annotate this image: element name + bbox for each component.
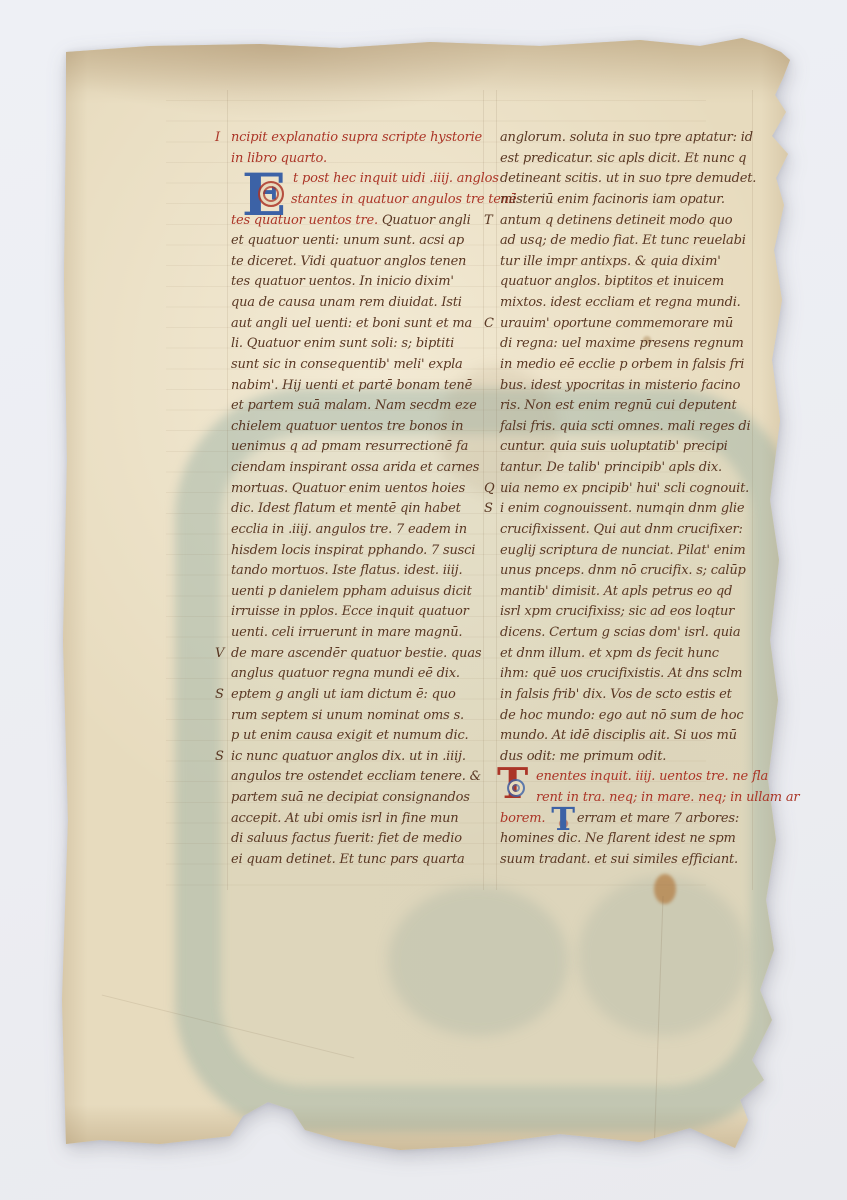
text-segment: di regna: uel maxime presens regnum [500, 336, 744, 351]
text-segment: mantib' dimisit. At apls petrus eo qd [500, 584, 732, 599]
text-segment: rum septem si unum nominat oms s. [231, 708, 464, 723]
text-segment: ciendam inspirant ossa arida et carnes [231, 460, 479, 475]
showthrough-figure [388, 886, 568, 1036]
text-line: te diceret. Vidi quatuor anglos tenen [231, 252, 489, 273]
text-line: homines dic. Ne flarent idest ne spm [500, 829, 758, 850]
text-segment: ei quam detinet. Et tunc pars quarta [231, 852, 465, 867]
text-line: Quia nemo ex pncipib' hui' scli cognouit… [500, 479, 758, 500]
text-line: dicens. Certum g scias dom' isrl. quia [500, 623, 758, 644]
photo-background: Incipit explanatio supra scripte hystori… [0, 0, 847, 1200]
text-line: uenti p danielem ppham aduisus dicit [231, 582, 489, 603]
text-line: uenti. celi irruerunt in mare magnū. [231, 623, 489, 644]
text-line: quatuor anglos. biptitos et inuicem [500, 272, 758, 293]
text-line: crucifixissent. Qui aut dnm crucifixer: [500, 520, 758, 541]
text-segment: ic nunc quatuor anglos dix. ut in .iiij. [231, 749, 466, 764]
text-line: in falsis frib' dix. Vos de scto estis e… [500, 685, 758, 706]
text-segment: dic. Idest flatum et mentē qin habet [231, 501, 461, 516]
text-segment: nabim'. Hij uenti et partē bonam tenē [231, 378, 472, 393]
text-segment: misteriū enim facinoris iam opatur. [500, 192, 725, 207]
text-line: mortuas. Quatuor enim uentos hoies [231, 479, 489, 500]
text-line: ihm: quē uos crucifixistis. At dns sclm [500, 664, 758, 685]
text-segment: suum tradant. et sui similes efficiant. [500, 852, 738, 867]
text-line: anglus quatuor regna mundi eē dix. [231, 664, 489, 685]
text-segment: euglij scriptura de nunciat. Pilat' enim [500, 543, 745, 558]
text-line: irruisse in pplos. Ecce inquit quatuor [231, 602, 489, 623]
text-line: cuntur. quia suis uoluptatib' precipi [500, 437, 758, 458]
text-segment: te diceret. Vidi quatuor anglos tenen [231, 254, 466, 269]
text-line: mixtos. idest eccliam et regna mundi. [500, 293, 758, 314]
text-segment: cuntur. quia suis uoluptatib' precipi [500, 439, 728, 454]
text-segment: partem suā ne decipiat consignandos [231, 790, 470, 805]
text-segment: homines dic. Ne flarent idest ne spm [500, 831, 736, 846]
text-line: ris. Non est enim regnū cui deputent [500, 396, 758, 417]
text-line: detineant scitis. ut in suo tpre demudet… [500, 169, 758, 190]
margin-initial: C [484, 314, 494, 335]
margin-initial: S [484, 499, 493, 520]
text-segment: crucifixissent. Qui aut dnm crucifixer: [500, 522, 743, 537]
text-line: Curauim' oportune commemorare mū [500, 314, 758, 335]
text-segment: bus. idest ypocritas in misterio facino [500, 378, 740, 393]
text-segment: tur ille impr antixps. & quia dixim' [500, 254, 721, 269]
text-segment: ad usq; de medio fiat. Et tunc reuelabi [500, 233, 746, 248]
rubric-line: rent in tra. neq; in mare. neq; in ullam… [500, 788, 758, 809]
margin-initial: I [215, 128, 220, 149]
pigment-stain [654, 874, 676, 904]
decorated-initial-e: E [237, 166, 291, 226]
text-segment: t post hec inquit uidi .iiij. anglos [293, 171, 499, 186]
text-segment: in falsis frib' dix. Vos de scto estis e… [500, 687, 732, 702]
text-segment: isrl xpm crucifixiss; sic ad eos loqtur [500, 604, 734, 619]
text-segment: tes quatuor uentos. In inicio dixim' [231, 274, 454, 289]
text-segment: uenti. celi irruerunt in mare magnū. [231, 625, 462, 640]
text-segment: uenti p danielem ppham aduisus dicit [231, 584, 472, 599]
text-line: hisdem locis inspirat pphando. 7 susci [231, 541, 489, 562]
text-segment: tando mortuos. Iste flatus. idest. iiij. [231, 563, 462, 578]
text-segment: falsi fris. quia scti omnes. mali reges … [500, 419, 751, 434]
margin-initial: T [484, 211, 492, 232]
rubric-line: enentes inquit. iiij. uentos tre. ne fla [500, 767, 758, 788]
ruling-vertical [227, 90, 228, 890]
text-line: Si enim cognouissent. numqin dnm glie [500, 499, 758, 520]
text-segment: sunt sic in consequentib' meli' expla [231, 357, 463, 372]
text-line: Sic nunc quatuor anglos dix. ut in .iiij… [231, 747, 489, 768]
text-line: ei quam detinet. Et tunc pars quarta [231, 850, 489, 871]
text-line: falsi fris. quia scti omnes. mali reges … [500, 417, 758, 438]
text-line: mundo. At idē disciplis ait. Si uos mū [500, 726, 758, 747]
margin-initial: S [215, 747, 224, 768]
text-line: ad usq; de medio fiat. Et tunc reuelabi [500, 231, 758, 252]
text-segment: irruisse in pplos. Ecce inquit quatuor [231, 604, 469, 619]
text-line: est predicatur. sic apls dicit. Et nunc … [500, 149, 758, 170]
text-line: tes quatuor uentos. In inicio dixim' [231, 272, 489, 293]
text-line: aut angli uel uenti: et boni sunt et ma [231, 314, 489, 335]
text-segment: et quatuor uenti: unum sunt. acsi ap [231, 233, 464, 248]
text-segment: erram et mare 7 arbores: [577, 811, 739, 826]
text-line: isrl xpm crucifixiss; sic ad eos loqtur [500, 602, 758, 623]
text-line: anglorum. soluta in suo tpre aptatur: id [500, 128, 758, 149]
text-line: qua de causa unam rem diuidat. Isti [231, 293, 489, 314]
text-line: et dnm illum. et xpm ds fecit hunc [500, 644, 758, 665]
text-segment: antum q detinens detineit modo quo [500, 213, 732, 228]
text-line: tando mortuos. Iste flatus. idest. iiij. [231, 561, 489, 582]
rubric-line: Incipit explanatio supra scripte hystori… [231, 128, 489, 149]
text-line: borem. Terram et mare 7 arbores: [500, 809, 758, 830]
text-segment: dicens. Certum g scias dom' isrl. quia [500, 625, 740, 640]
text-segment: uia nemo ex pncipib' hui' scli cognouit. [500, 481, 749, 496]
text-line: suum tradant. et sui similes efficiant. [500, 850, 758, 871]
text-segment: chielem quatuor uentos tre bonos in [231, 419, 463, 434]
text-line: unus pnceps. dnm nō crucifix. s; calūp [500, 561, 758, 582]
text-segment: mortuas. Quatuor enim uentos hoies [231, 481, 465, 496]
text-line: Vde mare ascendēr quatuor bestie. quas [231, 644, 489, 665]
text-segment: de mare ascendēr quatuor bestie. quas [231, 646, 481, 661]
text-segment: anglus quatuor regna mundi eē dix. [231, 666, 460, 681]
text-segment: uenimus q ad pmam resurrectionē fa [231, 439, 468, 454]
text-line: partem suā ne decipiat consignandos [231, 788, 489, 809]
text-segment: est predicatur. sic apls dicit. Et nunc … [500, 151, 746, 166]
text-segment: Quatuor angli [382, 213, 471, 228]
text-line: Septem g angli ut iam dictum ē: quo [231, 685, 489, 706]
text-segment: ncipit explanatio supra scripte hystorie [231, 130, 482, 145]
text-segment: unus pnceps. dnm nō crucifix. s; calūp [500, 563, 746, 578]
text-segment: angulos tre ostendet eccliam tenere. & [231, 769, 481, 784]
text-line: et quatuor uenti: unum sunt. acsi ap [231, 231, 489, 252]
right-text-column: anglorum. soluta in suo tpre aptatur: id… [500, 128, 758, 871]
text-segment: ecclia in .iiij. angulos tre. 7 eadem in [231, 522, 467, 537]
text-segment: tantur. De talib' principib' apls dix. [500, 460, 722, 475]
text-line: euglij scriptura de nunciat. Pilat' enim [500, 541, 758, 562]
text-segment: eptem g angli ut iam dictum ē: quo [231, 687, 456, 702]
margin-initial: S [215, 685, 224, 706]
text-line: ciendam inspirant ossa arida et carnes [231, 458, 489, 479]
text-segment: i enim cognouissent. numqin dnm glie [500, 501, 744, 516]
text-segment: di saluus factus fuerit: fiet de medio [231, 831, 462, 846]
margin-initial: Q [484, 479, 494, 500]
text-line: p ut enim causa exigit et numum dic. [231, 726, 489, 747]
text-segment: detineant scitis. ut in suo tpre demudet… [500, 171, 756, 186]
text-segment: aut angli uel uenti: et boni sunt et ma [231, 316, 472, 331]
text-segment: stantes in quatuor angulos tre tenē [291, 192, 516, 207]
text-segment: hisdem locis inspirat pphando. 7 susci [231, 543, 475, 558]
text-segment: li. Quatuor enim sunt soli: s; biptiti [231, 336, 454, 351]
text-line: di regna: uel maxime presens regnum [500, 334, 758, 355]
text-segment: mundo. At idē disciplis ait. Si uos mū [500, 728, 737, 743]
text-line: tur ille impr antixps. & quia dixim' [500, 252, 758, 273]
text-segment: urauim' oportune commemorare mū [500, 316, 733, 331]
text-segment: borem. [500, 811, 549, 826]
text-line: uenimus q ad pmam resurrectionē fa [231, 437, 489, 458]
text-segment: mixtos. idest eccliam et regna mundi. [500, 295, 741, 310]
text-segment: anglorum. soluta in suo tpre aptatur: id [500, 130, 753, 145]
text-line: bus. idest ypocritas in misterio facino [500, 376, 758, 397]
text-segment: ris. Non est enim regnū cui deputent [500, 398, 737, 413]
text-line: li. Quatuor enim sunt soli: s; biptiti [231, 334, 489, 355]
text-segment: enentes inquit. iiij. uentos tre. ne fla [536, 769, 768, 784]
text-line: nabim'. Hij uenti et partē bonam tenē [231, 376, 489, 397]
text-line: de hoc mundo: ego aut nō sum de hoc [500, 706, 758, 727]
text-segment: accepit. At ubi omis isrl in fine mun [231, 811, 458, 826]
text-line: accepit. At ubi omis isrl in fine mun [231, 809, 489, 830]
margin-initial: V [215, 644, 224, 665]
text-line: misteriū enim facinoris iam opatur. [500, 190, 758, 211]
text-line: dic. Idest flatum et mentē qin habet [231, 499, 489, 520]
text-line: di saluus factus fuerit: fiet de medio [231, 829, 489, 850]
text-line: in medio eē ecclie p orbem in falsis fri [500, 355, 758, 376]
left-text-column: Incipit explanatio supra scripte hystori… [231, 128, 489, 871]
text-segment: quatuor anglos. biptitos et inuicem [500, 274, 724, 289]
text-line: sunt sic in consequentib' meli' expla [231, 355, 489, 376]
text-segment: p ut enim causa exigit et numum dic. [231, 728, 469, 743]
text-line: rum septem si unum nominat oms s. [231, 706, 489, 727]
text-line: Tantum q detinens detineit modo quo [500, 211, 758, 232]
text-segment: et dnm illum. et xpm ds fecit hunc [500, 646, 719, 661]
text-segment: in medio eē ecclie p orbem in falsis fri [500, 357, 744, 372]
text-segment: et partem suā malam. Nam secdm eze [231, 398, 477, 413]
text-line: angulos tre ostendet eccliam tenere. & [231, 767, 489, 788]
text-line: et partem suā malam. Nam secdm eze [231, 396, 489, 417]
text-line: ecclia in .iiij. angulos tre. 7 eadem in [231, 520, 489, 541]
text-segment: de hoc mundo: ego aut nō sum de hoc [500, 708, 743, 723]
text-segment: ihm: quē uos crucifixistis. At dns sclm [500, 666, 742, 681]
text-segment: qua de causa unam rem diuidat. Isti [231, 295, 462, 310]
text-line: dus odit: me primum odit. [500, 747, 758, 768]
text-line: mantib' dimisit. At apls petrus eo qd [500, 582, 758, 603]
text-line: tantur. De talib' principib' apls dix. [500, 458, 758, 479]
text-line: chielem quatuor uentos tre bonos in [231, 417, 489, 438]
decorated-initial-t-red: T [497, 763, 533, 807]
